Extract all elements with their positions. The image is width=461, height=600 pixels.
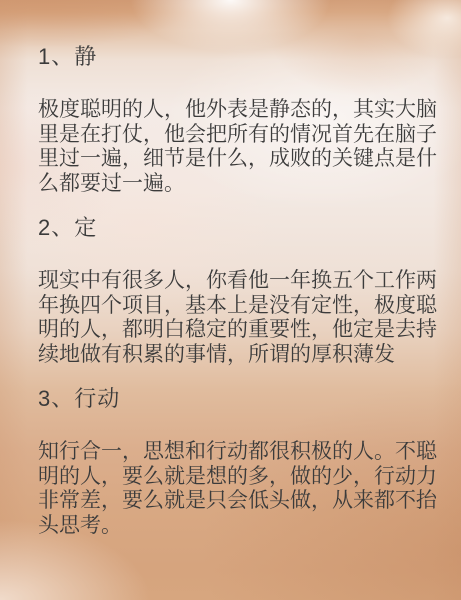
section-heading-jing: 1、静 (38, 45, 445, 68)
section-ding: 2、定 现实中有很多人，你看他一年换五个工作两 年换四个项目，基本上是没有定性，… (38, 216, 445, 367)
note-page: 1、静 极度聪明的人，他外表是静态的，其实大脑 里是在打仗，他会把所有的情况首先… (0, 0, 461, 600)
section-paragraph-xingdong: 知行合一，思想和行动都很积极的人。不聪 明的人，要么就是想的多，做的少，行动力 … (38, 440, 445, 538)
section-heading-xingdong: 3、行动 (38, 387, 445, 410)
section-xingdong: 3、行动 知行合一，思想和行动都很积极的人。不聪 明的人，要么就是想的多，做的少… (38, 387, 445, 538)
section-paragraph-ding: 现实中有很多人，你看他一年换五个工作两 年换四个项目，基本上是没有定性，极度聪 … (38, 269, 445, 367)
section-paragraph-jing: 极度聪明的人，他外表是静态的，其实大脑 里是在打仗，他会把所有的情况首先在脑子 … (38, 98, 445, 196)
section-jing: 1、静 极度聪明的人，他外表是静态的，其实大脑 里是在打仗，他会把所有的情况首先… (38, 45, 445, 196)
section-heading-ding: 2、定 (38, 216, 445, 239)
